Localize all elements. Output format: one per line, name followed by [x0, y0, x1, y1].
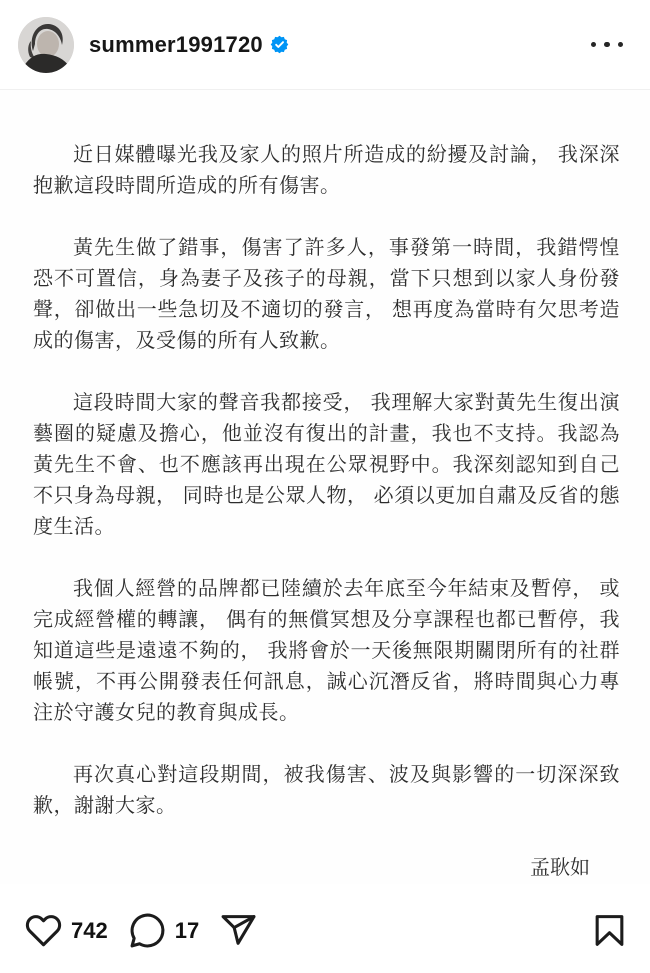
letter-paragraph: 這段時間大家的聲音我都接受， 我理解大家對黃先生復出演藝圈的疑慮及擔心，他並沒有… [33, 388, 620, 543]
paper-plane-icon[interactable] [220, 912, 257, 949]
post-image-letter: 近日媒體曝光我及家人的照片所造成的紛擾及討論， 我深深抱歉這段時間所造成的所有傷… [0, 90, 650, 884]
speech-bubble-icon[interactable] [129, 912, 166, 949]
heart-icon[interactable] [25, 912, 62, 949]
likes-count[interactable]: 742 [71, 918, 108, 944]
avatar[interactable] [18, 17, 74, 73]
save-group [591, 912, 628, 949]
comments-count[interactable]: 17 [175, 918, 199, 944]
verified-badge-icon [270, 35, 289, 54]
letter-paragraph: 黃先生做了錯事，傷害了許多人，事發第一時間，我錯愕惶恐不可置信，身為妻子及孩子的… [33, 233, 620, 357]
letter-paragraph: 再次真心對這段期間，被我傷害、波及與影響的一切深深致歉，謝謝大家。 [33, 760, 620, 822]
share-group [220, 912, 257, 949]
comment-group: 17 [129, 912, 199, 949]
letter-paragraph: 我個人經營的品牌都已陸續於去年底至今年結束及暫停， 或完成經營權的轉讓， 偶有的… [33, 574, 620, 729]
action-bar: 742 17 [0, 912, 650, 973]
post-header: summer1991720 [0, 0, 650, 90]
letter-paragraph: 近日媒體曝光我及家人的照片所造成的紛擾及討論， 我深深抱歉這段時間所造成的所有傷… [33, 140, 620, 202]
three-dots-icon[interactable] [589, 32, 626, 58]
username[interactable]: summer1991720 [89, 32, 263, 58]
like-group: 742 [25, 912, 108, 949]
letter-signature: 孟耿如 [33, 853, 590, 884]
bookmark-icon[interactable] [591, 912, 628, 949]
profile-photo-icon [18, 17, 74, 73]
